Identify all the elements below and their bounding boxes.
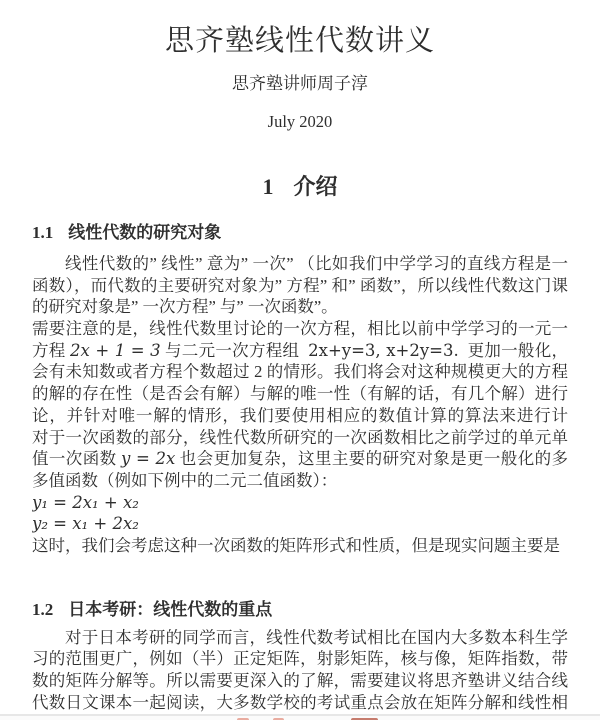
- text-line: 线性代数的” 线性” 意为” 一次” （比如我们中学学习的直线方程是一次: [32, 253, 568, 275]
- text-segment: 的解的存在性（是否会有解）与解的唯一性（有解的话，有几个解）进行讨: [32, 384, 568, 405]
- text-line: 的解的存在性（是否会有解）与解的唯一性（有解的话，有几个解）进行讨: [32, 383, 568, 405]
- doc-author: 思齐塾讲师周子淳: [32, 73, 568, 95]
- text-segment: 数的矩阵分解等。所以需要更深入的了解，需要建议将思齐塾讲义结合线性: [32, 671, 568, 692]
- text-line: y₂ = x₁ + 2x₂: [32, 513, 568, 535]
- inline-math: y₁ = 2x₁ + x₂: [32, 493, 139, 512]
- text-line: 对于日本考研的同学而言，线性代数考试相比在国内大多数本科生学: [32, 627, 568, 649]
- text-segment: 对于日本考研的同学而言，线性代数考试相比在国内大多数本科生学: [65, 628, 568, 647]
- text-segment: 会有未知数或者方程个数超过 2 的情形。我们将会对这种规模更大的方程: [32, 362, 568, 381]
- text-segment: 线性代数的” 线性” 意为” 一次” （比如我们中学学习的直线方程是一次: [32, 254, 568, 275]
- text-line: 这时，我们会考虑这种一次函数的矩阵形式和性质，但是现实问题主要是: [32, 535, 568, 557]
- text-segment: 值一次函数: [32, 449, 121, 468]
- text-segment: 函数），而代数的主要研究对象为” 方程” 和” 函数”，所以线性代数这门课: [32, 276, 568, 295]
- subsection-1-1-heading: 1.1线性代数的研究对象: [32, 222, 568, 244]
- paragraph-block-1: 线性代数的” 线性” 意为” 一次” （比如我们中学学习的直线方程是一次函数），…: [32, 253, 568, 557]
- text-line: 代数日文课本一起阅读，大多数学校的考试重点会放在矩阵分解和线性相: [32, 692, 568, 714]
- bottom-strip: [0, 714, 600, 720]
- text-line: 数的矩阵分解等。所以需要更深入的了解，需要建议将思齐塾讲义结合线性: [32, 670, 568, 692]
- subsection-1-2-number: 1.2: [32, 600, 53, 619]
- text-segment: 需要注意的是，线性代数里讨论的一次方程，相比以前中学学习的一元一次: [32, 319, 568, 340]
- text-line: 函数），而代数的主要研究对象为” 方程” 和” 函数”，所以线性代数这门课: [32, 275, 568, 297]
- text-segment: 习的范围更广，例如（半）正定矩阵，射影矩阵，核与像，矩阵指数，带复: [32, 649, 568, 670]
- section-1-heading: 1介绍: [32, 174, 568, 200]
- inline-math: y = 2x: [121, 449, 175, 468]
- text-segment: 方程: [32, 341, 70, 360]
- text-line: 习的范围更广，例如（半）正定矩阵，射影矩阵，核与像，矩阵指数，带复: [32, 648, 568, 670]
- text-line: 论，并针对唯一解的情形，我们要使用相应的数值计算的算法来进行计算。: [32, 405, 568, 427]
- text-segment: 对于一次函数的部分，线性代数所研究的一次函数相比之前学过的单元单: [32, 428, 568, 447]
- text-segment: 多值函数（例如下例中的二元二值函数）：: [32, 471, 337, 490]
- subsection-1-2-heading: 1.2日本考研：线性代数的重点: [32, 599, 568, 621]
- text-segment: 这时，我们会考虑这种一次函数的矩阵形式和性质，但是现实问题主要是: [32, 536, 560, 555]
- section-1-title: 介绍: [293, 174, 337, 199]
- document-page: 思齐塾线性代数讲义 思齐塾讲师周子淳 July 2020 1介绍 1.1线性代数…: [0, 0, 600, 720]
- doc-date: July 2020: [32, 112, 568, 132]
- text-segment: 与二元一次方程组: [161, 341, 309, 360]
- text-line: 值一次函数 y = 2x 也会更加复杂，这里主要的研究对象是更一般化的多元: [32, 448, 568, 470]
- text-segment: 的研究对象是” 一次方程” 与” 一次函数”。: [32, 297, 338, 316]
- text-segment: 代数日文课本一起阅读，大多数学校的考试重点会放在矩阵分解和线性相: [32, 693, 568, 712]
- subsection-1-1-number: 1.1: [32, 223, 53, 242]
- text-line: 对于一次函数的部分，线性代数所研究的一次函数相比之前学过的单元单: [32, 427, 568, 449]
- text-line: 的研究对象是” 一次方程” 与” 一次函数”。: [32, 296, 568, 318]
- text-line: 多值函数（例如下例中的二元二值函数）：: [32, 470, 568, 492]
- document-content: 思齐塾线性代数讲义 思齐塾讲师周子淳 July 2020 1介绍 1.1线性代数…: [32, 0, 568, 713]
- text-segment: 论，并针对唯一解的情形，我们要使用相应的数值计算的算法来进行计算。: [32, 406, 568, 427]
- subsection-1-1-title: 线性代数的研究对象: [68, 223, 221, 242]
- text-segment: 2x+y=3, x+2y=3.: [308, 341, 459, 360]
- text-line: 会有未知数或者方程个数超过 2 的情形。我们将会对这种规模更大的方程: [32, 361, 568, 383]
- paragraph-block-2: 对于日本考研的同学而言，线性代数考试相比在国内大多数本科生学习的范围更广，例如（…: [32, 627, 568, 714]
- subsection-1-2-title: 日本考研：线性代数的重点: [68, 600, 272, 619]
- text-line: 方程 2x + 1 = 3 与二元一次方程组 2x+y=3, x+2y=3. 更…: [32, 340, 568, 362]
- text-line: y₁ = 2x₁ + x₂: [32, 492, 568, 514]
- inline-math: 2x + 1 = 3: [70, 341, 161, 360]
- doc-title: 思齐塾线性代数讲义: [32, 24, 568, 58]
- section-1-number: 1: [262, 174, 273, 199]
- inline-math: y₂ = x₁ + 2x₂: [32, 514, 139, 533]
- text-line: 需要注意的是，线性代数里讨论的一次方程，相比以前中学学习的一元一次: [32, 318, 568, 340]
